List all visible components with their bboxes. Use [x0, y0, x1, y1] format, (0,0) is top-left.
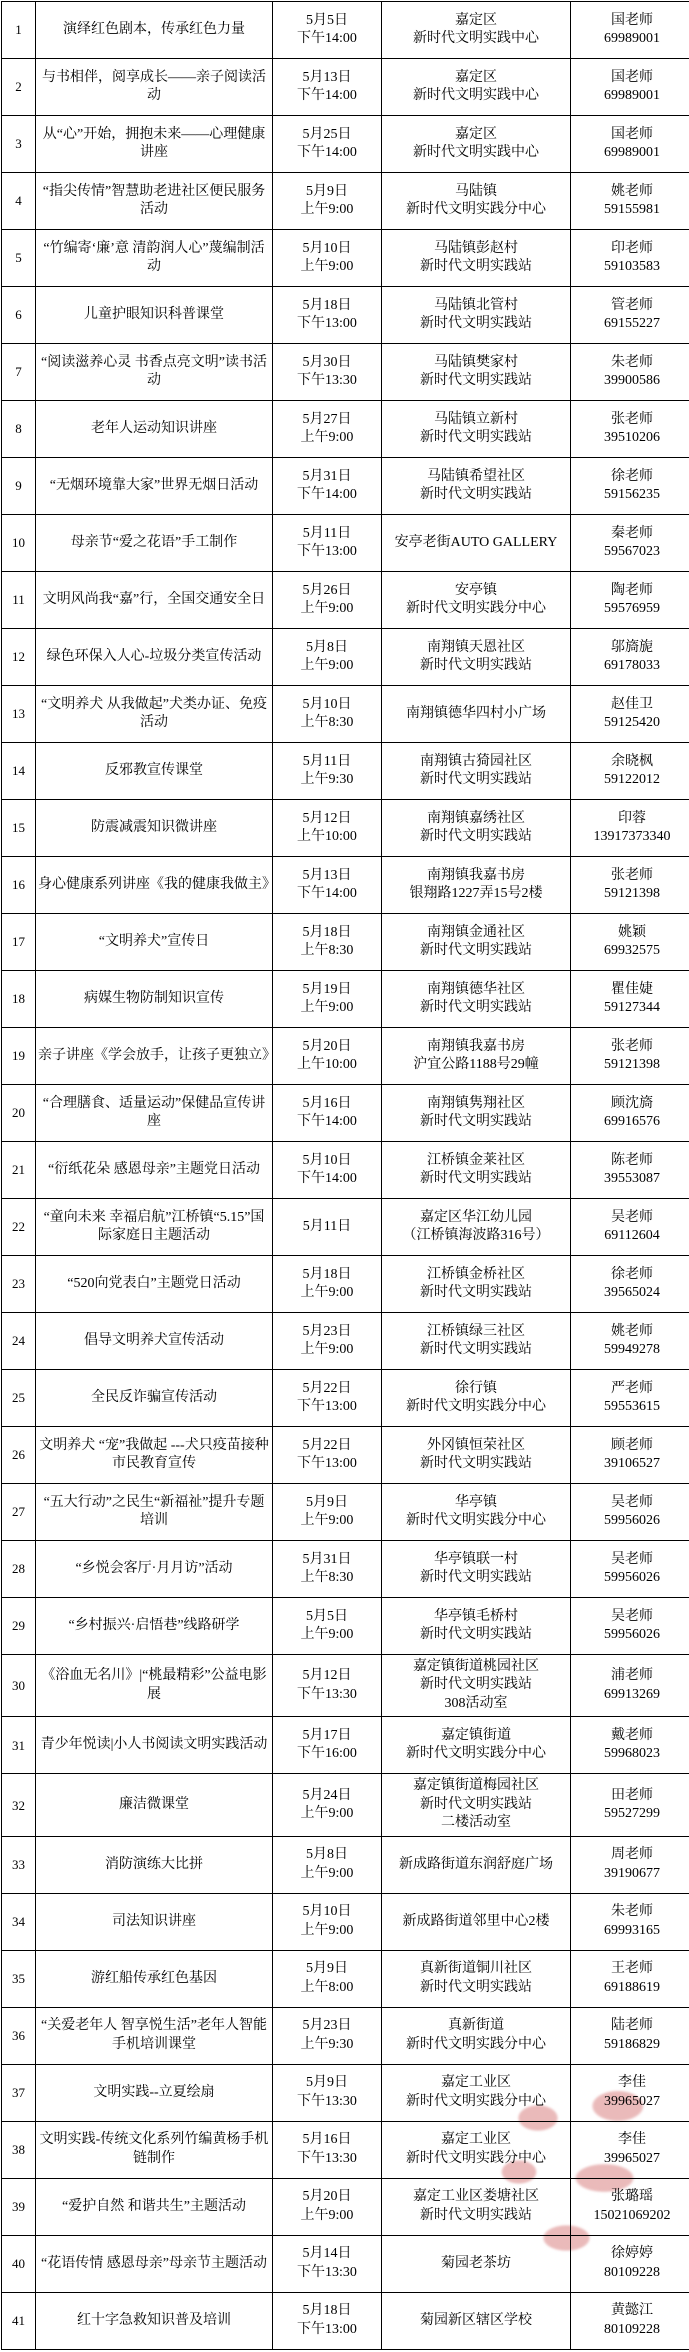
activity-location-line: 新时代文明实践站	[384, 828, 568, 846]
activity-time: 下午14:00	[275, 486, 379, 504]
row-number: 17	[2, 914, 36, 971]
activity-location-line: 江桥镇绿三社区	[384, 1323, 568, 1341]
activity-date: 5月22日	[275, 1380, 379, 1398]
activity-location-line: 新时代文明实践站	[384, 1113, 568, 1131]
activity-time: 下午13:30	[275, 2264, 379, 2282]
contact-phone: 59527299	[573, 1805, 689, 1823]
activity-datetime: 5月20日上午10:00	[273, 1028, 382, 1085]
table-row: 18 病媒生物防制知识宣传 5月19日上午9:00 南翔镇德华社区新时代文明实践…	[2, 971, 689, 1028]
activity-location: 外冈镇恒荣社区新时代文明实践站	[382, 1427, 571, 1484]
activity-location: 南翔镇德华社区新时代文明实践站	[382, 971, 571, 1028]
activity-name: 防震减震知识微讲座	[36, 800, 273, 857]
table-row: 35 游红船传承红色基因 5月9日上午8:00 真新街道铜川社区新时代文明实践站…	[2, 1950, 689, 2007]
contact-name: 陈老师	[573, 1152, 689, 1170]
activity-contact: 余晓枫59122012	[571, 743, 689, 800]
activity-date: 5月5日	[275, 12, 379, 30]
activity-datetime: 5月31日下午14:00	[273, 458, 382, 515]
activity-date: 5月9日	[275, 1494, 379, 1512]
activity-time: 下午14:00	[275, 30, 379, 48]
activity-date: 5月31日	[275, 468, 379, 486]
row-number: 22	[2, 1199, 36, 1256]
activity-contact: 姚颖69932575	[571, 914, 689, 971]
activity-location: 新成路街道东润舒庭广场	[382, 1836, 571, 1893]
activity-location: 江桥镇金莱社区新时代文明实践站	[382, 1142, 571, 1199]
activity-contact: 吴老师69112604	[571, 1199, 689, 1256]
activity-date: 5月11日	[275, 525, 379, 543]
activity-contact: 李佳39965027	[571, 2064, 689, 2121]
row-number: 21	[2, 1142, 36, 1199]
activity-time: 上午8:30	[275, 714, 379, 732]
activity-location-line: 江桥镇金桥社区	[384, 1266, 568, 1284]
activity-location: 嘉定镇街道梅园社区新时代文明实践站二楼活动室	[382, 1774, 571, 1836]
contact-phone: 69989001	[573, 87, 689, 105]
row-number: 25	[2, 1370, 36, 1427]
contact-phone: 69993165	[573, 1922, 689, 1940]
row-number: 4	[2, 173, 36, 230]
activity-time: 上午8:30	[275, 1569, 379, 1587]
row-number: 38	[2, 2121, 36, 2178]
activity-date: 5月9日	[275, 1960, 379, 1978]
activity-date: 5月5日	[275, 1608, 379, 1626]
contact-phone: 15021069202	[573, 2207, 689, 2225]
activity-datetime: 5月24日上午9:00	[273, 1774, 382, 1836]
contact-name: 管老师	[573, 297, 689, 315]
row-number: 26	[2, 1427, 36, 1484]
activity-date: 5月20日	[275, 2188, 379, 2206]
activity-datetime: 5月13日下午14:00	[273, 59, 382, 116]
activity-location-line: 外冈镇恒荣社区	[384, 1437, 568, 1455]
activity-contact: 国老师69989001	[571, 59, 689, 116]
activity-name: 《浴血无名川》|“桃最精彩”公益电影展	[36, 1655, 273, 1717]
activity-name: 从“心”开始，拥抱未来——心理健康讲座	[36, 116, 273, 173]
contact-name: 王老师	[573, 1960, 689, 1978]
activity-name: 母亲节“爱之花语”手工制作	[36, 515, 273, 572]
table-row: 17 “文明养犬”宣传日 5月18日上午8:30 南翔镇金通社区新时代文明实践站…	[2, 914, 689, 971]
activity-location-line: 嘉定区	[384, 126, 568, 144]
activity-date: 5月10日	[275, 240, 379, 258]
activity-time: 下午16:00	[275, 1745, 379, 1763]
table-row: 21 “衍纸花朵 感恩母亲”主题党日活动 5月10日下午14:00 江桥镇金莱社…	[2, 1142, 689, 1199]
activity-location-line: 新时代文明实践站	[384, 1341, 568, 1359]
activity-location-line: 南翔镇我嘉书房	[384, 867, 568, 885]
activity-time: 下午13:30	[275, 2093, 379, 2111]
activity-date: 5月9日	[275, 2074, 379, 2092]
activity-location-line: 马陆镇樊家村	[384, 354, 568, 372]
activity-time: 上午9:00	[275, 600, 379, 618]
activity-time: 下午13:00	[275, 315, 379, 333]
table-row: 33 消防演练大比拼 5月8日上午9:00 新成路街道东润舒庭广场 周老师391…	[2, 1836, 689, 1893]
activity-datetime: 5月18日下午13:00	[273, 2292, 382, 2349]
activity-datetime: 5月10日上午9:00	[273, 230, 382, 287]
row-number: 33	[2, 1836, 36, 1893]
activity-location-line: 二楼活动室	[384, 1814, 568, 1832]
activity-location-line: 南翔镇我嘉书房	[384, 1038, 568, 1056]
table-row: 23 “520向党表白”主题党日活动 5月18日上午9:00 江桥镇金桥社区新时…	[2, 1256, 689, 1313]
activity-contact: 戴老师59968023	[571, 1717, 689, 1774]
activity-location: 南翔镇古猗园社区新时代文明实践站	[382, 743, 571, 800]
activity-datetime: 5月14日下午13:30	[273, 2235, 382, 2292]
activity-name: 病媒生物防制知识宣传	[36, 971, 273, 1028]
activity-location-line: 嘉定镇街道梅园社区	[384, 1777, 568, 1795]
contact-phone: 39106527	[573, 1455, 689, 1473]
activity-location-line: 新时代文明实践中心	[384, 144, 568, 162]
row-number: 12	[2, 629, 36, 686]
activity-location-line: 新时代文明实践站	[384, 372, 568, 390]
activity-location: 嘉定区新时代文明实践中心	[382, 116, 571, 173]
activity-contact: 吴老师59956026	[571, 1484, 689, 1541]
activity-name: “童向未来 幸福启航”江桥镇“5.15”国际家庭日主题活动	[36, 1199, 273, 1256]
activity-name: 身心健康系列讲座《我的健康我做主》	[36, 857, 273, 914]
activity-time: 上午10:00	[275, 1056, 379, 1074]
row-number: 1	[2, 2, 36, 59]
activity-location-line: 新时代文明实践站	[384, 1170, 568, 1188]
activity-datetime: 5月12日下午13:30	[273, 1655, 382, 1717]
activity-location: 嘉定区华江幼儿园（江桥镇海波路316号）	[382, 1199, 571, 1256]
activity-name: “关爱老年人 智享悦生活”老年人智能手机培训课堂	[36, 2007, 273, 2064]
activity-name: “无烟环境靠大家”世界无烟日活动	[36, 458, 273, 515]
contact-name: 印蓉	[573, 810, 689, 828]
contact-name: 张老师	[573, 867, 689, 885]
activity-contact: 张老师59121398	[571, 1028, 689, 1085]
table-row: 11 文明风尚我“嘉”行，全国交通安全日 5月26日上午9:00 安亭镇新时代文…	[2, 572, 689, 629]
contact-phone: 59155981	[573, 201, 689, 219]
table-row: 29 “乡村振兴·启悟巷”线路研学 5月5日上午9:00 华亭镇毛桥村新时代文明…	[2, 1598, 689, 1655]
table-row: 30 《浴血无名川》|“桃最精彩”公益电影展 5月12日下午13:30 嘉定镇街…	[2, 1655, 689, 1717]
table-row: 1 演绎红色剧本，传承红色力量 5月5日下午14:00 嘉定区新时代文明实践中心…	[2, 2, 689, 59]
activity-date: 5月10日	[275, 1903, 379, 1921]
contact-name: 朱老师	[573, 1903, 689, 1921]
row-number: 35	[2, 1950, 36, 2007]
row-number: 28	[2, 1541, 36, 1598]
contact-phone: 59125420	[573, 714, 689, 732]
activity-location: 嘉定工业区新时代文明实践分中心	[382, 2064, 571, 2121]
activity-location-line: 新时代文明实践站	[384, 1626, 568, 1644]
activity-datetime: 5月17日下午16:00	[273, 1717, 382, 1774]
activity-location-line: 新时代文明实践站	[384, 429, 568, 447]
activity-location: 嘉定区新时代文明实践中心	[382, 2, 571, 59]
activity-location-line: 真新街道	[384, 2017, 568, 2035]
activity-datetime: 5月9日上午9:00	[273, 173, 382, 230]
activity-location-line: 新时代文明实践分中心	[384, 1512, 568, 1530]
table-row: 8 老年人运动知识讲座 5月27日上午9:00 马陆镇立新村新时代文明实践站 张…	[2, 401, 689, 458]
activity-datetime: 5月8日上午9:00	[273, 1836, 382, 1893]
table-row: 7 “阅读滋养心灵 书香点亮文明”读书活动 5月30日下午13:30 马陆镇樊家…	[2, 344, 689, 401]
contact-phone: 69155227	[573, 315, 689, 333]
activity-time: 上午9:00	[275, 258, 379, 276]
row-number: 24	[2, 1313, 36, 1370]
activity-date: 5月30日	[275, 354, 379, 372]
activity-date: 5月10日	[275, 696, 379, 714]
activity-datetime: 5月11日	[273, 1199, 382, 1256]
table-row: 10 母亲节“爱之花语”手工制作 5月11日下午13:00 安亭老街AUTO G…	[2, 515, 689, 572]
row-number: 19	[2, 1028, 36, 1085]
activity-time: 上午10:00	[275, 828, 379, 846]
activity-contact: 国老师69989001	[571, 116, 689, 173]
activity-datetime: 5月13日下午14:00	[273, 857, 382, 914]
contact-name: 张老师	[573, 411, 689, 429]
activity-date: 5月22日	[275, 1437, 379, 1455]
contact-name: 秦老师	[573, 525, 689, 543]
contact-phone: 69112604	[573, 1227, 689, 1245]
contact-name: 邬旖旎	[573, 639, 689, 657]
table-row: 2 与书相伴，阅享成长——亲子阅读活动 5月13日下午14:00 嘉定区新时代文…	[2, 59, 689, 116]
activity-time: 下午14:00	[275, 87, 379, 105]
activity-contact: 朱老师39900586	[571, 344, 689, 401]
activity-date: 5月18日	[275, 297, 379, 315]
row-number: 37	[2, 2064, 36, 2121]
activity-location-line: 新成路街道邻里中心2楼	[384, 1913, 568, 1931]
activity-location: 南翔镇天恩社区新时代文明实践站	[382, 629, 571, 686]
contact-phone: 39565024	[573, 1284, 689, 1302]
activity-datetime: 5月22日下午13:00	[273, 1427, 382, 1484]
activity-date: 5月18日	[275, 2302, 379, 2320]
activity-time: 上午9:00	[275, 2207, 379, 2225]
activities-table: 1 演绎红色剧本，传承红色力量 5月5日下午14:00 嘉定区新时代文明实践中心…	[0, 0, 689, 2352]
activity-date: 5月9日	[275, 183, 379, 201]
activity-date: 5月24日	[275, 1787, 379, 1805]
activity-location: 马陆镇北管村新时代文明实践站	[382, 287, 571, 344]
activity-location: 江桥镇金桥社区新时代文明实践站	[382, 1256, 571, 1313]
activity-location-line: 南翔镇天恩社区	[384, 639, 568, 657]
activity-location: 马陆镇樊家村新时代文明实践站	[382, 344, 571, 401]
activities-table-grid: 1 演绎红色剧本，传承红色力量 5月5日下午14:00 嘉定区新时代文明实践中心…	[1, 1, 689, 2350]
contact-name: 徐婷婷	[573, 2245, 689, 2263]
table-row: 31 青少年悦读|小人书阅读文明实践活动 5月17日下午16:00 嘉定镇街道新…	[2, 1717, 689, 1774]
table-row: 20 “合理膳食、适量运动”保健品宣传讲座 5月16日下午14:00 南翔镇隽翔…	[2, 1085, 689, 1142]
activity-time: 下午14:00	[275, 144, 379, 162]
activity-name: “文明养犬 从我做起”犬类办证、免疫活动	[36, 686, 273, 743]
contact-phone: 39965027	[573, 2150, 689, 2168]
contact-name: 徐老师	[573, 1266, 689, 1284]
activity-time: 上午9:00	[275, 1341, 379, 1359]
activity-location-line: 新时代文明实践站	[384, 1796, 568, 1814]
activity-location-line: 华亭镇毛桥村	[384, 1608, 568, 1626]
activity-name: “阅读滋养心灵 书香点亮文明”读书活动	[36, 344, 273, 401]
row-number: 7	[2, 344, 36, 401]
table-row: 12 绿色环保入人心-垃圾分类宣传活动 5月8日上午9:00 南翔镇天恩社区新时…	[2, 629, 689, 686]
activity-datetime: 5月30日下午13:30	[273, 344, 382, 401]
activity-datetime: 5月16日下午14:00	[273, 1085, 382, 1142]
contact-phone: 59553615	[573, 1398, 689, 1416]
activity-location-line: 新时代文明实践中心	[384, 30, 568, 48]
contact-phone: 59576959	[573, 600, 689, 618]
activity-location-line: 新时代文明实践站	[384, 771, 568, 789]
activity-location: 马陆镇彭赵村新时代文明实践站	[382, 230, 571, 287]
row-number: 8	[2, 401, 36, 458]
contact-name: 黄懿江	[573, 2302, 689, 2320]
activity-datetime: 5月20日上午9:00	[273, 2178, 382, 2235]
activity-name: 游红船传承红色基因	[36, 1950, 273, 2007]
activity-location-line: 嘉定镇街道	[384, 1727, 568, 1745]
activity-datetime: 5月18日下午13:00	[273, 287, 382, 344]
activity-location-line: 新时代文明实践分中心	[384, 2150, 568, 2168]
activity-time: 上午8:00	[275, 1979, 379, 1997]
activity-location: 南翔镇金通社区新时代文明实践站	[382, 914, 571, 971]
table-row: 6 儿童护眼知识科普课堂 5月18日下午13:00 马陆镇北管村新时代文明实践站…	[2, 287, 689, 344]
activity-datetime: 5月25日下午14:00	[273, 116, 382, 173]
contact-name: 姚老师	[573, 1323, 689, 1341]
contact-phone: 59956026	[573, 1569, 689, 1587]
contact-name: 张璐瑶	[573, 2188, 689, 2206]
table-row: 36 “关爱老年人 智享悦生活”老年人智能手机培训课堂 5月23日上午9:30 …	[2, 2007, 689, 2064]
contact-name: 田老师	[573, 1787, 689, 1805]
activity-name: 儿童护眼知识科普课堂	[36, 287, 273, 344]
activity-location-line: 新时代文明实践分中心	[384, 201, 568, 219]
activity-datetime: 5月22日下午13:00	[273, 1370, 382, 1427]
table-row: 3 从“心”开始，拥抱未来——心理健康讲座 5月25日下午14:00 嘉定区新时…	[2, 116, 689, 173]
contact-phone: 69989001	[573, 30, 689, 48]
contact-name: 赵佳卫	[573, 696, 689, 714]
table-row: 34 司法知识讲座 5月10日上午9:00 新成路街道邻里中心2楼 朱老师699…	[2, 1893, 689, 1950]
activity-name: 文明养犬 “宠”我做起 ---犬只疫苗接种市民教育宣传	[36, 1427, 273, 1484]
activity-datetime: 5月8日上午9:00	[273, 629, 382, 686]
activity-contact: 王老师69188619	[571, 1950, 689, 2007]
activity-location: 华亭镇毛桥村新时代文明实践站	[382, 1598, 571, 1655]
activity-name: “乡村振兴·启悟巷”线路研学	[36, 1598, 273, 1655]
activity-contact: 吴老师59956026	[571, 1598, 689, 1655]
table-row: 16 身心健康系列讲座《我的健康我做主》 5月13日下午14:00 南翔镇我嘉书…	[2, 857, 689, 914]
contact-phone: 59968023	[573, 1745, 689, 1763]
activity-location-line: 嘉定工业区	[384, 2131, 568, 2149]
activity-datetime: 5月11日下午13:00	[273, 515, 382, 572]
activity-date: 5月25日	[275, 126, 379, 144]
activity-location: 华亭镇联一村新时代文明实践站	[382, 1541, 571, 1598]
activity-location-line: 沪宜公路1188号29幢	[384, 1056, 568, 1074]
activity-location-line: 南翔镇古猗园社区	[384, 753, 568, 771]
row-number: 16	[2, 857, 36, 914]
activity-location: 安亭镇新时代文明实践分中心	[382, 572, 571, 629]
activity-time: 上午9:00	[275, 429, 379, 447]
contact-name: 周老师	[573, 1846, 689, 1864]
activity-location: 真新街道铜川社区新时代文明实践站	[382, 1950, 571, 2007]
activity-name: 红十字急救知识普及培训	[36, 2292, 273, 2349]
contact-name: 陆老师	[573, 2017, 689, 2035]
activity-location-line: 菊园老茶坊	[384, 2255, 568, 2273]
activity-contact: 张老师59121398	[571, 857, 689, 914]
activity-location-line: 新成路街道东润舒庭广场	[384, 1856, 568, 1874]
activity-datetime: 5月16日下午13:30	[273, 2121, 382, 2178]
activity-location-line: 嘉定区华江幼儿园	[384, 1209, 568, 1227]
activity-date: 5月12日	[275, 810, 379, 828]
activity-time: 下午13:00	[275, 1455, 379, 1473]
activity-location-line: 马陆镇彭赵村	[384, 240, 568, 258]
activity-location: 南翔镇隽翔社区新时代文明实践站	[382, 1085, 571, 1142]
activity-location-line: 真新街道铜川社区	[384, 1960, 568, 1978]
activity-location: 南翔镇我嘉书房沪宜公路1188号29幢	[382, 1028, 571, 1085]
activity-location: 南翔镇德华四村小广场	[382, 686, 571, 743]
contact-name: 吴老师	[573, 1494, 689, 1512]
activity-location-line: 新时代文明实践分中心	[384, 1398, 568, 1416]
table-row: 40 “花语传情 感恩母亲”母亲节主题活动 5月14日下午13:30 菊园老茶坊…	[2, 2235, 689, 2292]
contact-phone: 59156235	[573, 486, 689, 504]
contact-name: 余晓枫	[573, 753, 689, 771]
table-row: 41 红十字急救知识普及培训 5月18日下午13:00 菊园新区辖区学校 黄懿江…	[2, 2292, 689, 2349]
activity-location: 嘉定镇街道新时代文明实践分中心	[382, 1717, 571, 1774]
activity-location-line: 新时代文明实践站	[384, 1284, 568, 1302]
activity-location-line: 新时代文明实践站	[384, 999, 568, 1017]
activity-location-line: 南翔镇嘉绣社区	[384, 810, 568, 828]
contact-name: 顾沈旖	[573, 1095, 689, 1113]
activity-datetime: 5月10日上午9:00	[273, 1893, 382, 1950]
activity-location-line: 南翔镇德华四村小广场	[384, 705, 568, 723]
activity-location-line: 新时代文明实践站	[384, 1455, 568, 1473]
activity-location-line: 新时代文明实践分中心	[384, 2093, 568, 2111]
activity-location-line: 马陆镇北管村	[384, 297, 568, 315]
row-number: 9	[2, 458, 36, 515]
activity-location: 真新街道新时代文明实践分中心	[382, 2007, 571, 2064]
contact-phone: 39553087	[573, 1170, 689, 1188]
contact-name: 国老师	[573, 126, 689, 144]
table-row: 38 文明实践-传统文化系列竹编黄杨手机链制作 5月16日下午13:30 嘉定工…	[2, 2121, 689, 2178]
activity-time: 下午13:00	[275, 1398, 379, 1416]
activity-name: 司法知识讲座	[36, 1893, 273, 1950]
activity-location-line: 徐行镇	[384, 1380, 568, 1398]
activity-datetime: 5月11日上午9:30	[273, 743, 382, 800]
contact-name: 国老师	[573, 12, 689, 30]
table-row: 19 亲子讲座《学会放手，让孩子更独立》 5月20日上午10:00 南翔镇我嘉书…	[2, 1028, 689, 1085]
activity-location: 新成路街道邻里中心2楼	[382, 1893, 571, 1950]
activity-datetime: 5月9日上午8:00	[273, 1950, 382, 2007]
activity-name: 老年人运动知识讲座	[36, 401, 273, 458]
contact-name: 姚老师	[573, 183, 689, 201]
activity-location: 菊园新区辖区学校	[382, 2292, 571, 2349]
activity-name: 演绎红色剧本，传承红色力量	[36, 2, 273, 59]
contact-phone: 59121398	[573, 885, 689, 903]
contact-name: 浦老师	[573, 1667, 689, 1685]
contact-name: 姚颖	[573, 924, 689, 942]
contact-phone: 59121398	[573, 1056, 689, 1074]
activity-location-line: 嘉定工业区	[384, 2074, 568, 2092]
activity-time: 上午9:00	[275, 999, 379, 1017]
table-row: 32 廉洁微课堂 5月24日上午9:00 嘉定镇街道梅园社区新时代文明实践站二楼…	[2, 1774, 689, 1836]
activity-contact: 印老师59103583	[571, 230, 689, 287]
activity-time: 上午9:00	[275, 1805, 379, 1823]
activity-name: “乡悦会客厅·月月访”活动	[36, 1541, 273, 1598]
contact-name: 印老师	[573, 240, 689, 258]
activity-name: 青少年悦读|小人书阅读文明实践活动	[36, 1717, 273, 1774]
activity-time: 下午14:00	[275, 1170, 379, 1188]
contact-phone: 59567023	[573, 543, 689, 561]
activity-date: 5月13日	[275, 69, 379, 87]
contact-phone: 69178033	[573, 657, 689, 675]
activity-time: 上午9:30	[275, 771, 379, 789]
row-number: 3	[2, 116, 36, 173]
activity-contact: 徐婷婷80109228	[571, 2235, 689, 2292]
table-row: 26 文明养犬 “宠”我做起 ---犬只疫苗接种市民教育宣传 5月22日下午13…	[2, 1427, 689, 1484]
activity-datetime: 5月18日上午9:00	[273, 1256, 382, 1313]
row-number: 18	[2, 971, 36, 1028]
activity-contact: 印蓉13917373340	[571, 800, 689, 857]
activity-time: 下午13:30	[275, 1686, 379, 1704]
contact-name: 戴老师	[573, 1727, 689, 1745]
activity-datetime: 5月26日上午9:00	[273, 572, 382, 629]
contact-phone: 59122012	[573, 771, 689, 789]
activity-date: 5月26日	[275, 582, 379, 600]
contact-name: 顾老师	[573, 1437, 689, 1455]
activity-name: 文明实践-传统文化系列竹编黄杨手机链制作	[36, 2121, 273, 2178]
contact-name: 严老师	[573, 1380, 689, 1398]
activity-location-line: 新时代文明实践站	[384, 258, 568, 276]
activity-time: 上午9:00	[275, 1284, 379, 1302]
activity-name: 全民反诈骗宣传活动	[36, 1370, 273, 1427]
table-row: 15 防震减震知识微讲座 5月12日上午10:00 南翔镇嘉绣社区新时代文明实践…	[2, 800, 689, 857]
activity-location-line: 嘉定镇街道桃园社区	[384, 1658, 568, 1676]
contact-phone: 69188619	[573, 1979, 689, 1997]
table-row: 14 反邪教宣传课堂 5月11日上午9:30 南翔镇古猗园社区新时代文明实践站 …	[2, 743, 689, 800]
row-number: 15	[2, 800, 36, 857]
activity-location-line: 安亭老街AUTO GALLERY	[384, 534, 568, 552]
contact-phone: 39900586	[573, 372, 689, 390]
